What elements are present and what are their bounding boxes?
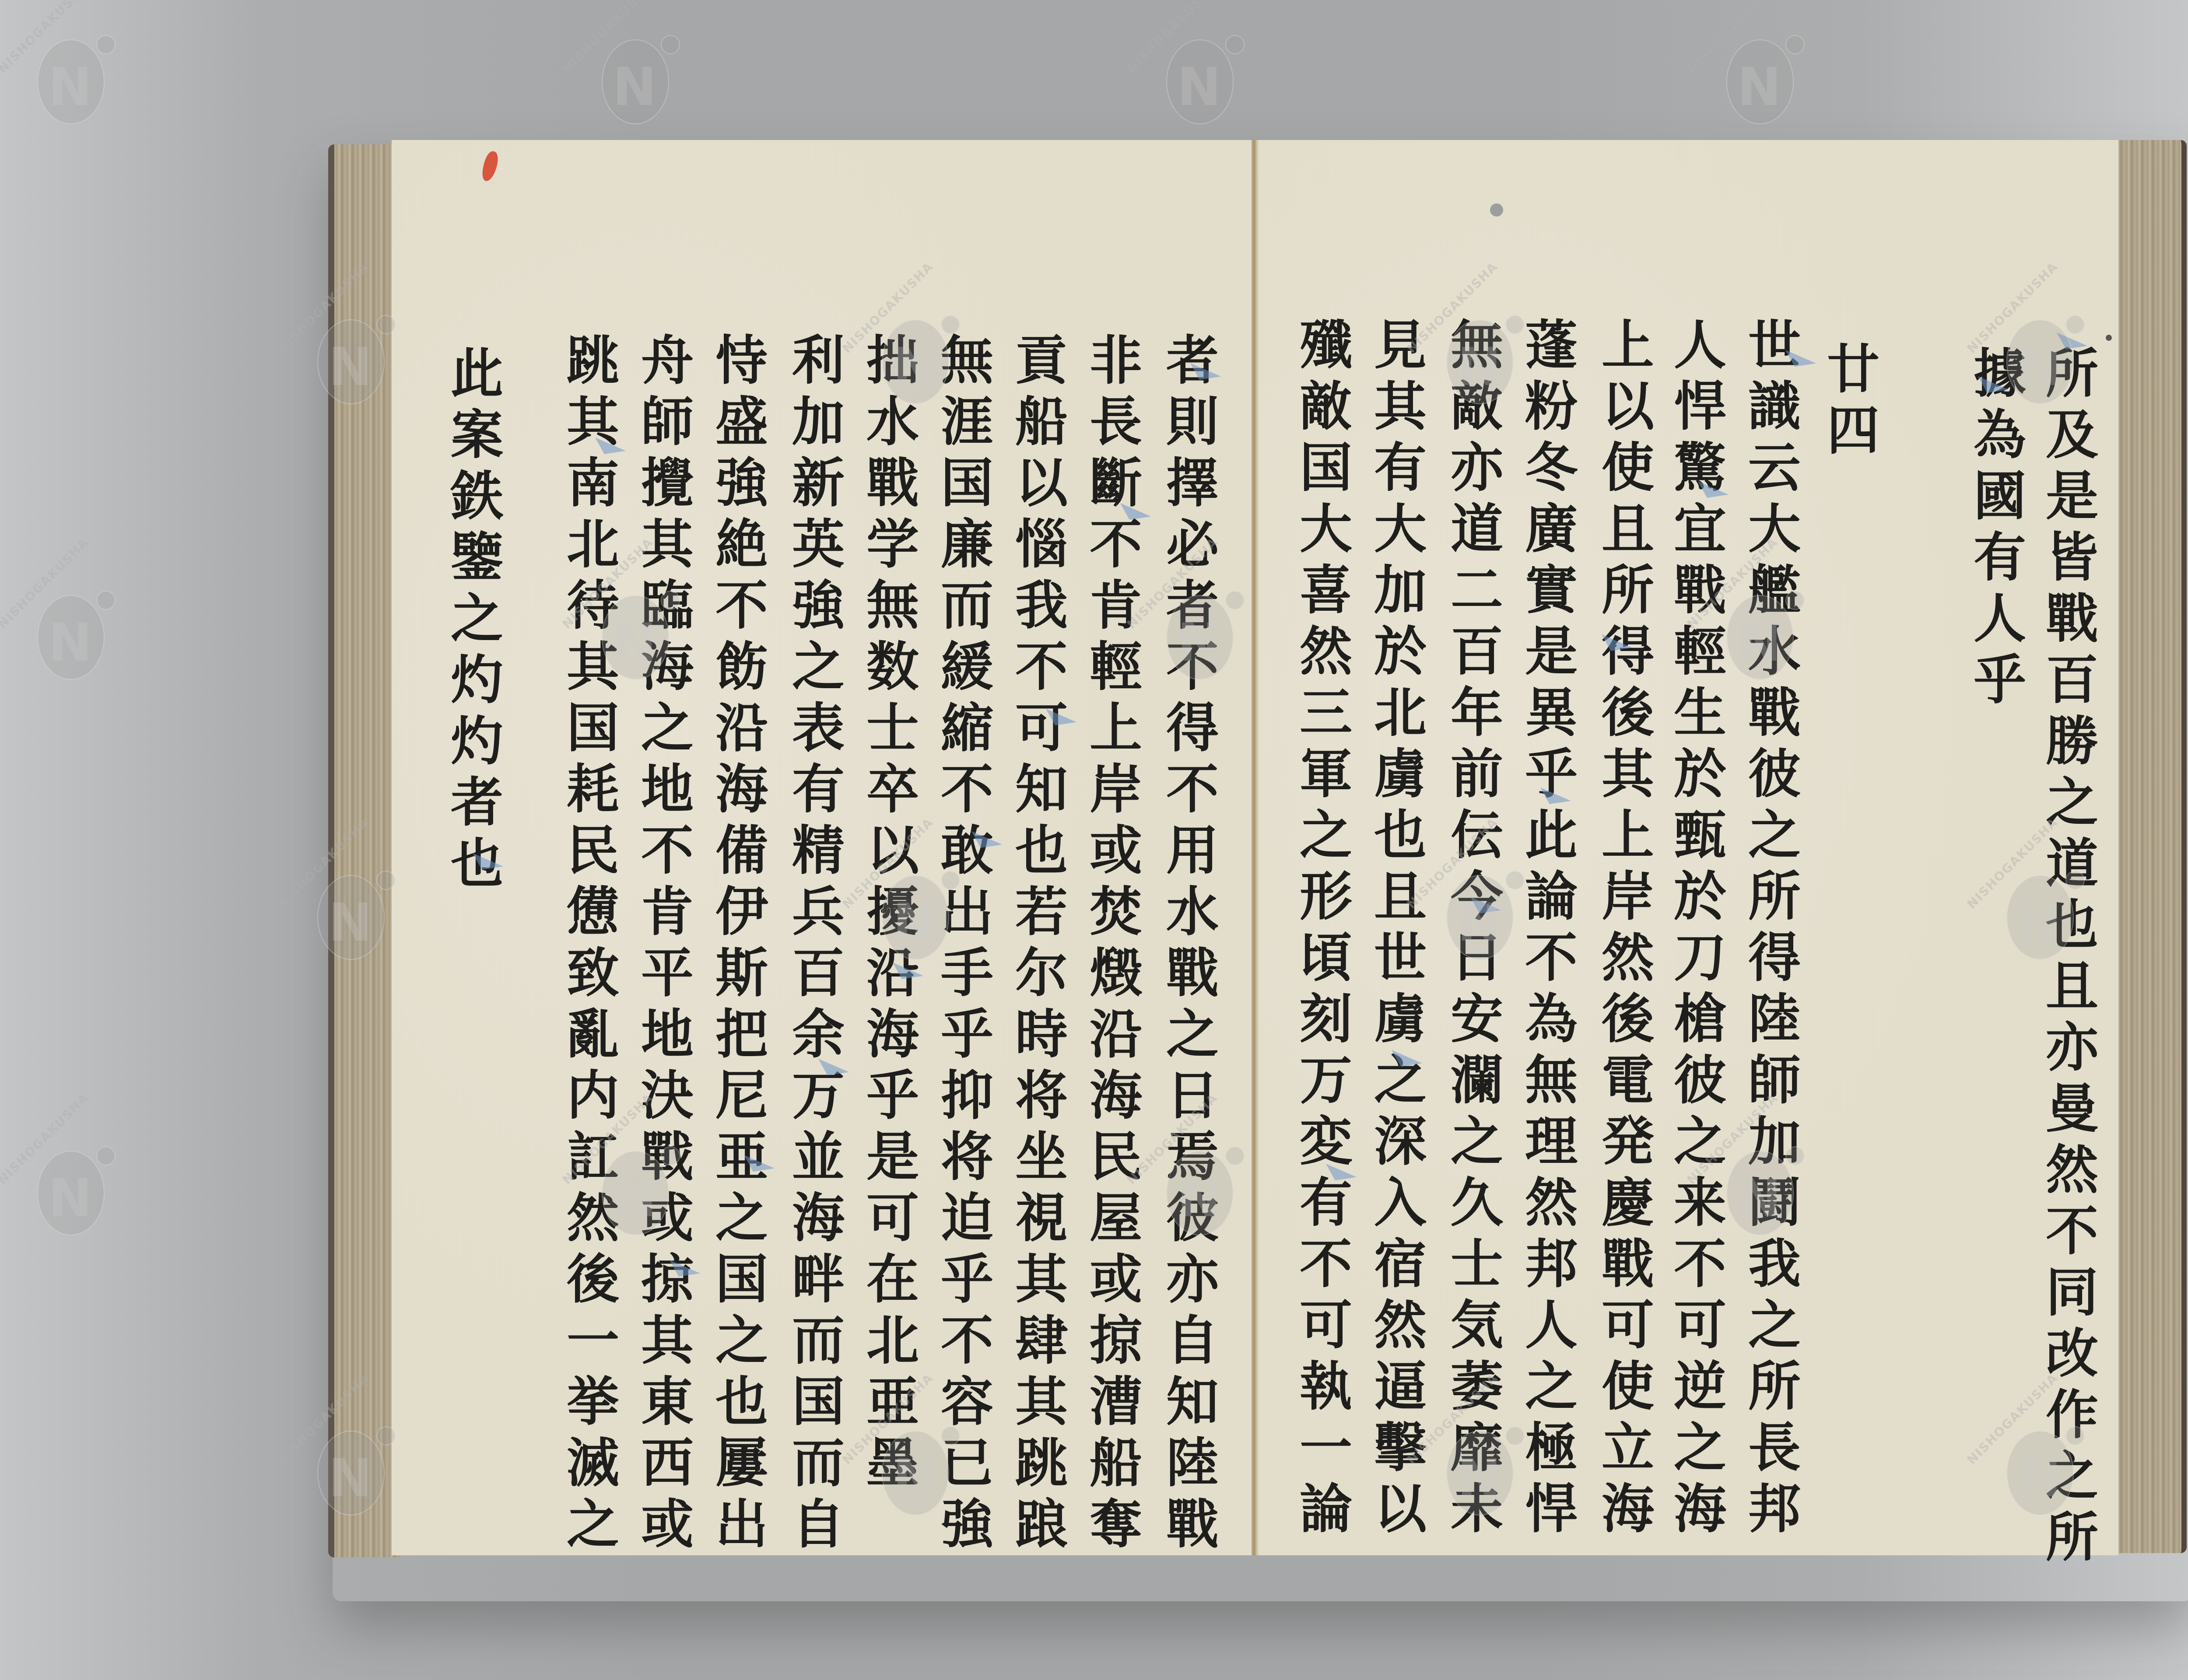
- text-column: 恃盛強絶不飭沿海備伊斯把尼亜之国之也屢出: [711, 332, 764, 1557]
- text-column: 此案鉄鑒之灼灼者也: [446, 346, 499, 897]
- text-column: 無敵亦道二百年前伝今日安瀾之久士気萎靡未: [1446, 317, 1499, 1542]
- watermark-logo-icon: NNISHOGAKUSHA: [18, 17, 127, 127]
- text-column: 蓬粉冬廣實是異乎此論不為無理然邦人之極悍: [1521, 317, 1573, 1542]
- text-column: 拙水戰学無数士卒以擾沿海乎是可在北亜墨: [862, 332, 915, 1496]
- text-column: 見其有大加於北虜也且世虜之深入宿然逼擊以: [1370, 317, 1422, 1542]
- watermark-logo-icon: NNISHOGAKUSHA: [582, 17, 691, 127]
- book-gutter: [1252, 140, 1257, 1555]
- text-column: 利加新英強之表有精兵百余万並海畔而国而自: [788, 332, 840, 1557]
- text-column: 所及是皆戰百勝之道也且亦曼然不同改作之所: [2041, 346, 2094, 1571]
- watermark-logo-icon: NNISHOGAKUSHA: [18, 573, 127, 682]
- ink-dot: [2106, 335, 2112, 341]
- watermark-logo-icon: NNISHOGAKUSHA: [18, 1129, 127, 1238]
- text-column: 據為國有人乎: [1969, 346, 2022, 713]
- section-number: 廿四: [1823, 341, 1875, 464]
- ink-spot: [1490, 203, 1503, 217]
- right-page-block-edge: [2114, 140, 2187, 1553]
- watermark-logo-icon: NNISHOGAKUSHA: [1147, 17, 1256, 127]
- left-page-block-edge: [328, 144, 400, 1557]
- text-column: 跳其南北待其国耗民憊致亂内訌然後一挙滅之: [562, 332, 615, 1557]
- text-column: 人悍驚宜戰輕生於甄於刀槍彼之来不可逆之海: [1669, 317, 1722, 1542]
- text-column: 殲敵国大喜然三軍之形頃刻万変有不可執一論: [1295, 317, 1348, 1542]
- text-column: 上以使且所得後其上岸然後電発慶戰可使立海: [1597, 317, 1650, 1542]
- text-column: 舟師攪其臨海之地不肯平地決戰或掠其東西或: [637, 332, 689, 1557]
- text-column: 者則擇必者不得不用水戰之日焉彼亦自知陸戰: [1162, 332, 1214, 1557]
- text-column: 世識云大艦水戰彼之所得陸師加鬪我之所長邦: [1744, 317, 1796, 1542]
- text-column: 貢船以惱我不可知也若尔時将坐視其肆其跳踉: [1011, 332, 1063, 1557]
- watermark-logo-icon: NNISHOGAKUSHA: [1707, 17, 1816, 127]
- text-column: 無涯国廉而緩縮不敢出手乎抑将迫乎不容已強: [936, 332, 989, 1557]
